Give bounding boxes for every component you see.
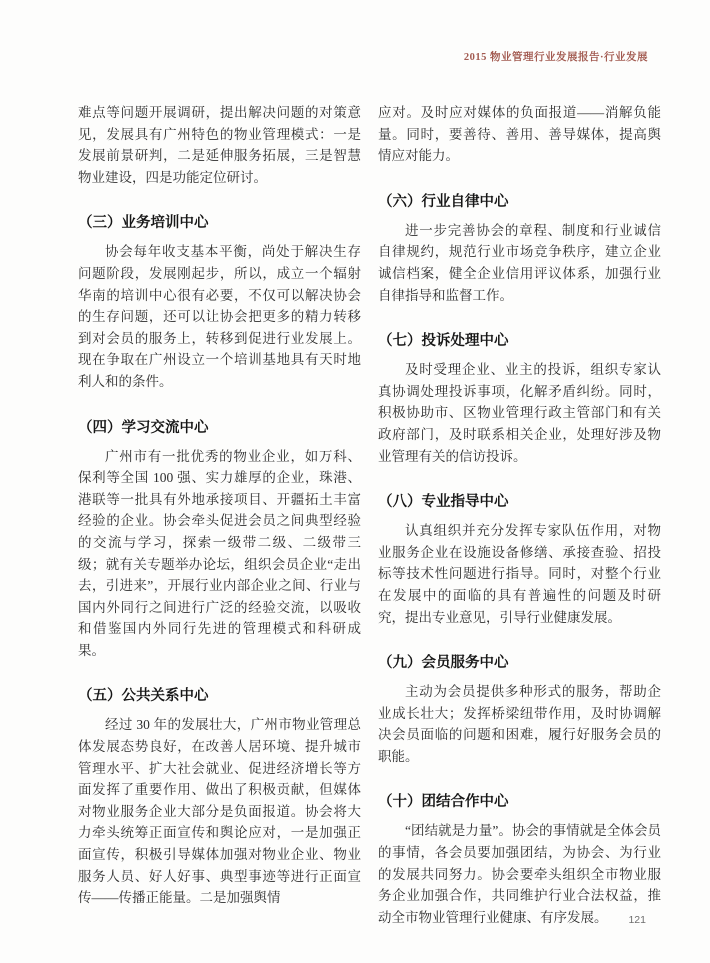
section-heading-5: （五）公共关系中心 — [78, 686, 361, 706]
paragraph-continuation: 应对。及时应对媒体的负面报道——消解负能量。同时，要善待、善用、善导媒体，提高舆… — [378, 102, 661, 167]
section-body-7: 及时受理企业、业主的投诉，组织专家认真协调处理投诉事项，化解矛盾纠纷。同时，积极… — [378, 359, 661, 467]
section-heading-7: （七）投诉处理中心 — [378, 331, 661, 351]
section-heading-8: （八）专业指导中心 — [378, 492, 661, 512]
running-header: 2015 物业管理行业发展报告·行业发展 — [464, 49, 648, 64]
section-heading-6: （六）行业自律中心 — [378, 192, 661, 212]
text-columns: 难点等问题开展调研，提出解决问题的对策意见，发展具有广州特色的物业管理模式：一是… — [78, 102, 661, 928]
section-body-5: 经过 30 年的发展壮大，广州市物业管理总体发展态势良好，在改善人居环境、提升城… — [78, 714, 361, 908]
document-page: 2015 物业管理行业发展报告·行业发展 难点等问题开展调研，提出解决问题的对策… — [0, 0, 710, 963]
section-heading-4: （四）学习交流中心 — [78, 418, 361, 438]
section-body-3: 协会每年收支基本平衡，尚处于解决生存问题阶段，发展刚起步，所以，成立一个辐射华南… — [78, 241, 361, 392]
section-body-10: “团结就是力量”。协会的事情就是全体会员的事情，各会员要加强团结，为协会、为行业… — [378, 820, 661, 928]
section-body-6: 进一步完善协会的章程、制度和行业诚信自律规约，规范行业市场竞争秩序，建立企业诚信… — [378, 220, 661, 306]
section-body-9: 主动为会员提供多种形式的服务，帮助企业成长壮大；发挥桥梁纽带作用，及时协调解决会… — [378, 681, 661, 767]
section-heading-10: （十）团结合作中心 — [378, 792, 661, 812]
section-body-4: 广州市有一批优秀的物业企业，如万科、保利等全国 100 强、实力雄厚的企业，珠港… — [78, 446, 361, 662]
section-body-8: 认真组织并充分发挥专家队伍作用，对物业服务企业在设施设备修缮、承接查验、招投标等… — [378, 520, 661, 628]
page-number: 121 — [628, 914, 646, 926]
section-heading-9: （九）会员服务中心 — [378, 653, 661, 673]
right-column: 应对。及时应对媒体的负面报道——消解负能量。同时，要善待、善用、善导媒体，提高舆… — [378, 102, 661, 928]
paragraph-continuation: 难点等问题开展调研，提出解决问题的对策意见，发展具有广州特色的物业管理模式：一是… — [78, 102, 361, 188]
left-column: 难点等问题开展调研，提出解决问题的对策意见，发展具有广州特色的物业管理模式：一是… — [78, 102, 361, 928]
section-heading-3: （三）业务培训中心 — [78, 213, 361, 233]
